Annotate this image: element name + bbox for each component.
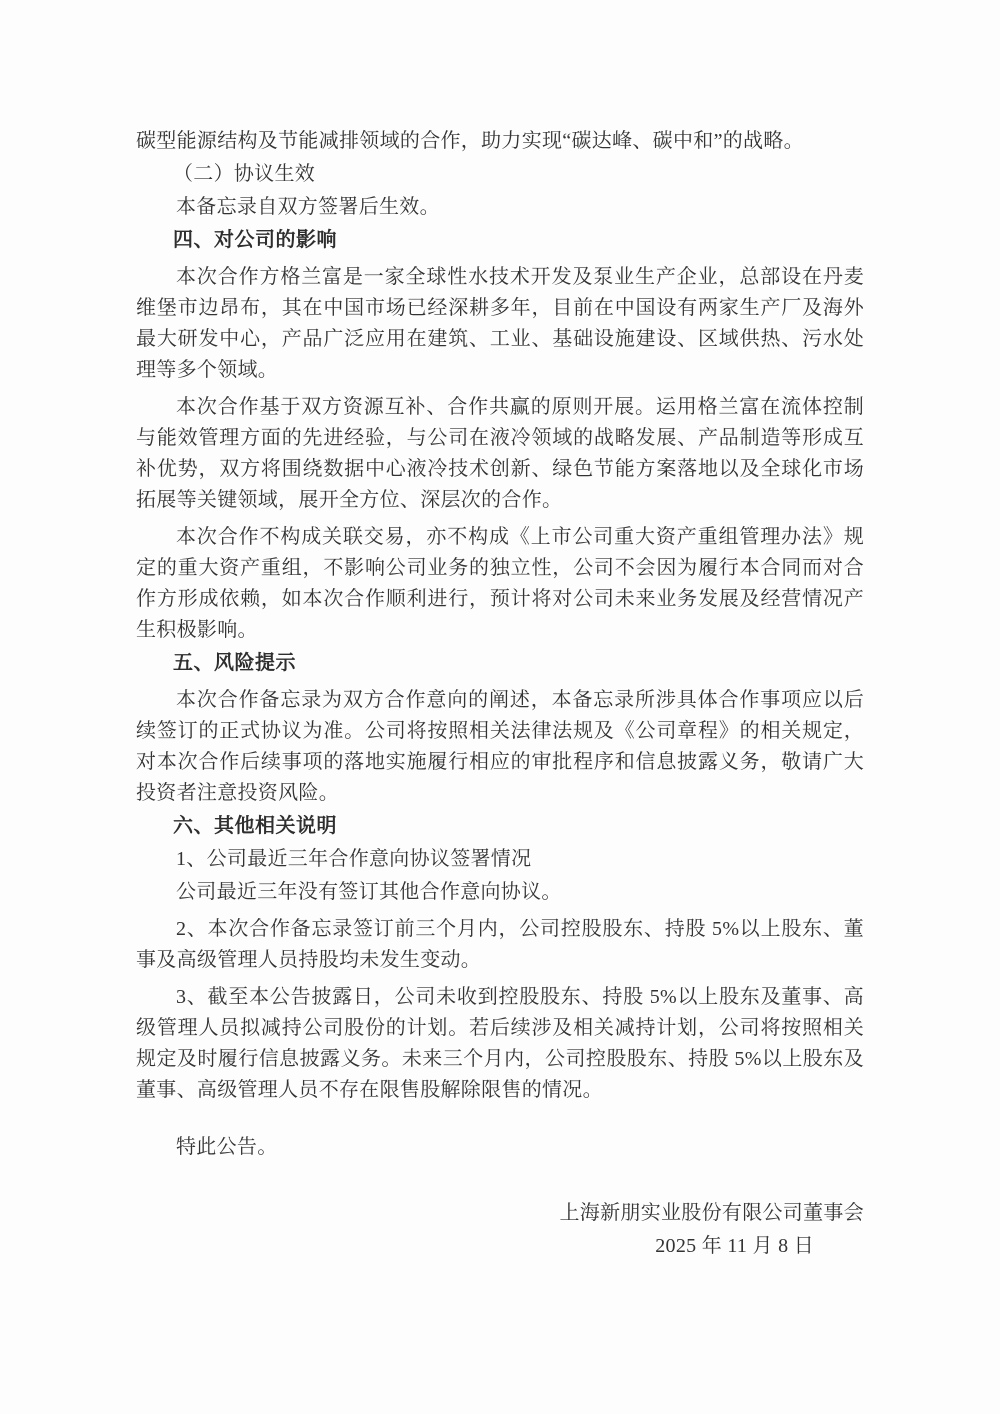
section-heading-impact: 四、对公司的影响 [136,225,864,256]
signature-date: 2025 年 11 月 8 日 [136,1231,864,1262]
paragraph-continuation: 碳型能源结构及节能减排领域的合作，助力实现“碳达峰、碳中和”的战略。 [136,126,864,157]
signature-company: 上海新朋实业股份有限公司董事会 [136,1198,864,1229]
document-body: 碳型能源结构及节能减排领域的合作，助力实现“碳达峰、碳中和”的战略。 （二）协议… [136,126,864,1262]
section-heading-risk: 五、风险提示 [136,648,864,679]
paragraph-impact-2: 本次合作基于双方资源互补、合作共赢的原则开展。运用格兰富在流体控制与能效管理方面… [136,392,864,516]
subsection-heading-agreement-effective: （二）协议生效 [136,159,864,190]
section-heading-other: 六、其他相关说明 [136,811,864,842]
announcement-page: 碳型能源结构及节能减排领域的合作，助力实现“碳达峰、碳中和”的战略。 （二）协议… [0,0,1000,1414]
paragraph-risk-1: 本次合作备忘录为双方合作意向的阐述，本备忘录所涉具体合作事项应以后续签订的正式协… [136,685,864,809]
paragraph-other-item-1: 1、公司最近三年合作意向协议签署情况 [136,844,864,875]
paragraph-other-item-3: 3、截至本公告披露日，公司未收到控股股东、持股 5%以上股东及董事、高级管理人员… [136,982,864,1106]
paragraph-impact-1: 本次合作方格兰富是一家全球性水技术开发及泵业生产企业，总部设在丹麦维堡市边昂布，… [136,262,864,386]
paragraph-agreement-effective: 本备忘录自双方签署后生效。 [136,192,864,223]
paragraph-impact-3: 本次合作不构成关联交易，亦不构成《上市公司重大资产重组管理办法》规定的重大资产重… [136,522,864,646]
paragraph-other-item-1-answer: 公司最近三年没有签订其他合作意向协议。 [136,877,864,908]
paragraph-other-item-2: 2、本次合作备忘录签订前三个月内，公司控股股东、持股 5%以上股东、董事及高级管… [136,914,864,976]
closing-statement: 特此公告。 [136,1132,864,1163]
